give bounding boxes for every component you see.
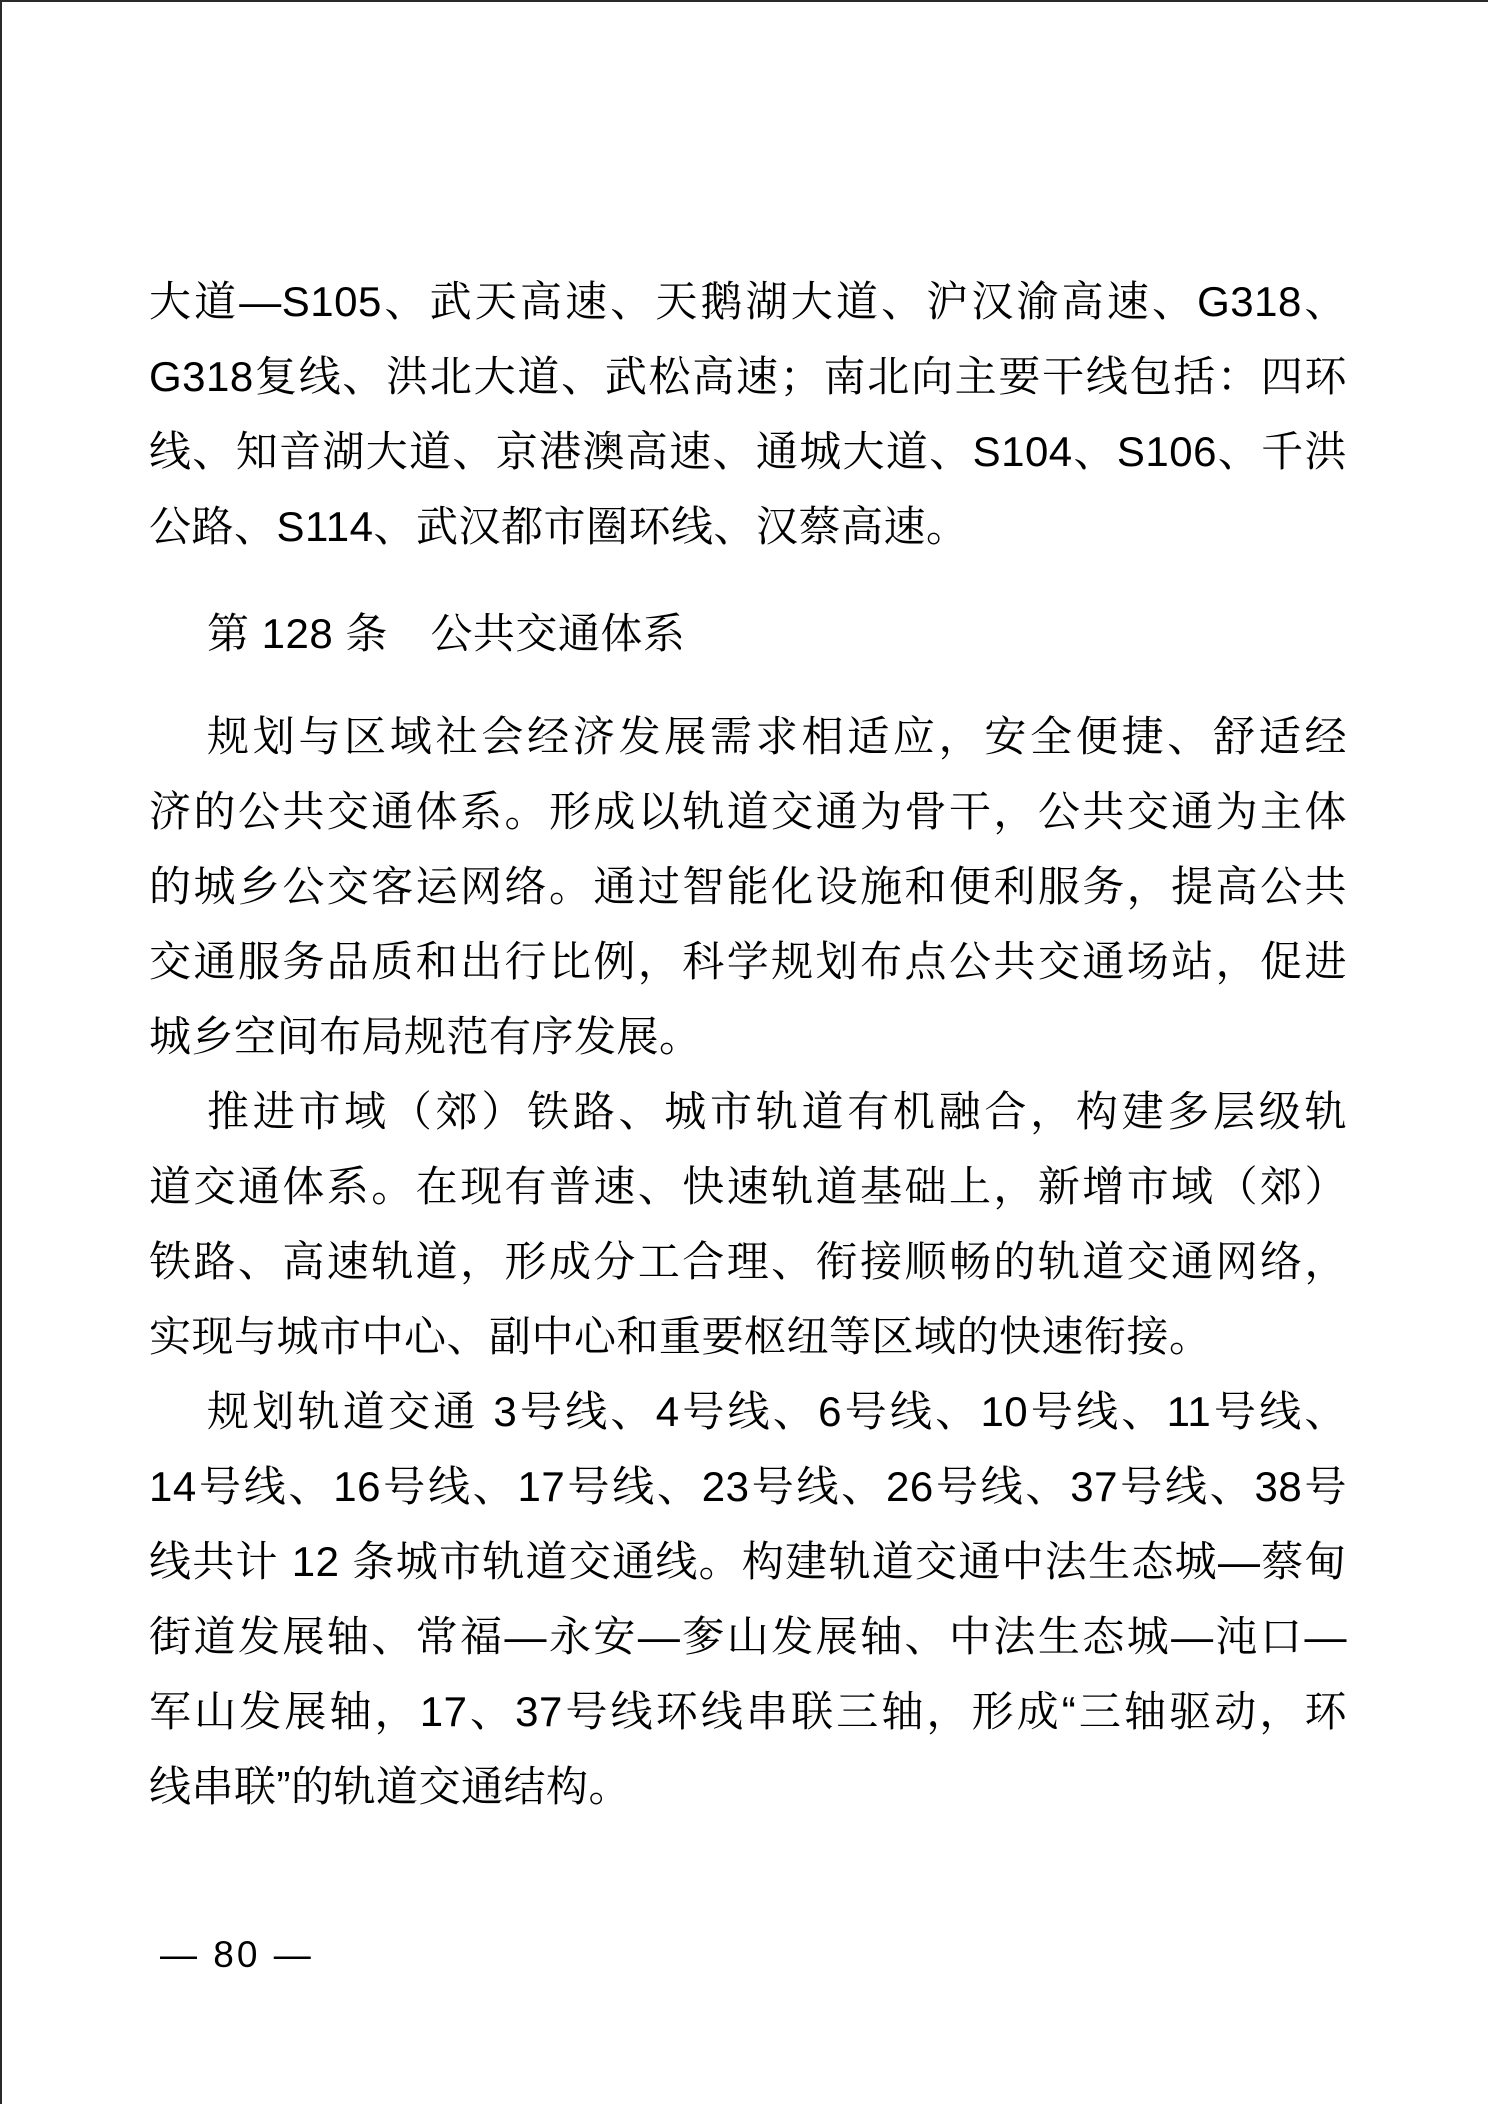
text-line: 规划与区域社会经济发展需求相适应，安全便捷、舒适经 [149, 699, 1347, 774]
text-line: 推进市域（郊）铁路、城市轨道有机融合，构建多层级轨 [149, 1074, 1347, 1149]
text-line: 实现与城市中心、副中心和重要枢纽等区域的快速衔接。 [149, 1299, 1347, 1374]
page: 大道—S105、武天高速、天鹅湖大道、沪汉渝高速、G318、G318复线、洪北大… [0, 0, 1488, 2104]
text-line: 公路、S114、武汉都市圈环线、汉蔡高速。 [149, 489, 1347, 564]
paragraph: 大道—S105、武天高速、天鹅湖大道、沪汉渝高速、G318、G318复线、洪北大… [149, 264, 1347, 564]
text-line: 大道—S105、武天高速、天鹅湖大道、沪汉渝高速、G318、 [149, 264, 1347, 339]
document-body: 大道—S105、武天高速、天鹅湖大道、沪汉渝高速、G318、G318复线、洪北大… [149, 264, 1347, 1824]
text-line: 城乡空间布局规范有序发展。 [149, 999, 1347, 1074]
text-line: G318复线、洪北大道、武松高速；南北向主要干线包括：四环 [149, 339, 1347, 414]
text-line: 第 128 条 公共交通体系 [149, 596, 1347, 671]
text-line: 济的公共交通体系。形成以轨道交通为骨干，公共交通为主体 [149, 774, 1347, 849]
text-line: 铁路、高速轨道，形成分工合理、衔接顺畅的轨道交通网络， [149, 1224, 1347, 1299]
text-line: 规划轨道交通 3号线、4号线、6号线、10号线、11号线、 [149, 1374, 1347, 1449]
paragraph: 规划轨道交通 3号线、4号线、6号线、10号线、11号线、14号线、16号线、1… [149, 1374, 1347, 1824]
text-line: 线、知音湖大道、京港澳高速、通城大道、S104、S106、千洪 [149, 414, 1347, 489]
text-line: 军山发展轴，17、37号线环线串联三轴，形成“三轴驱动，环 [149, 1674, 1347, 1749]
text-line: 14号线、16号线、17号线、23号线、26号线、37号线、38号 [149, 1449, 1347, 1524]
text-line: 线共计 12 条城市轨道交通线。构建轨道交通中法生态城—蔡甸 [149, 1524, 1347, 1599]
text-line: 交通服务品质和出行比例，科学规划布点公共交通场站，促进 [149, 924, 1347, 999]
text-line: 街道发展轴、常福—永安—奓山发展轴、中法生态城—沌口— [149, 1599, 1347, 1674]
paragraph: 推进市域（郊）铁路、城市轨道有机融合，构建多层级轨道交通体系。在现有普速、快速轨… [149, 1074, 1347, 1374]
article-heading: 第 128 条 公共交通体系 [149, 596, 1347, 671]
text-line: 的城乡公交客运网络。通过智能化设施和便利服务，提高公共 [149, 849, 1347, 924]
text-line: 道交通体系。在现有普速、快速轨道基础上，新增市域（郊） [149, 1149, 1347, 1224]
paragraph: 规划与区域社会经济发展需求相适应，安全便捷、舒适经济的公共交通体系。形成以轨道交… [149, 699, 1347, 1074]
text-line: 线串联”的轨道交通结构。 [149, 1749, 1347, 1824]
page-number: — 80 — [160, 1934, 314, 1976]
